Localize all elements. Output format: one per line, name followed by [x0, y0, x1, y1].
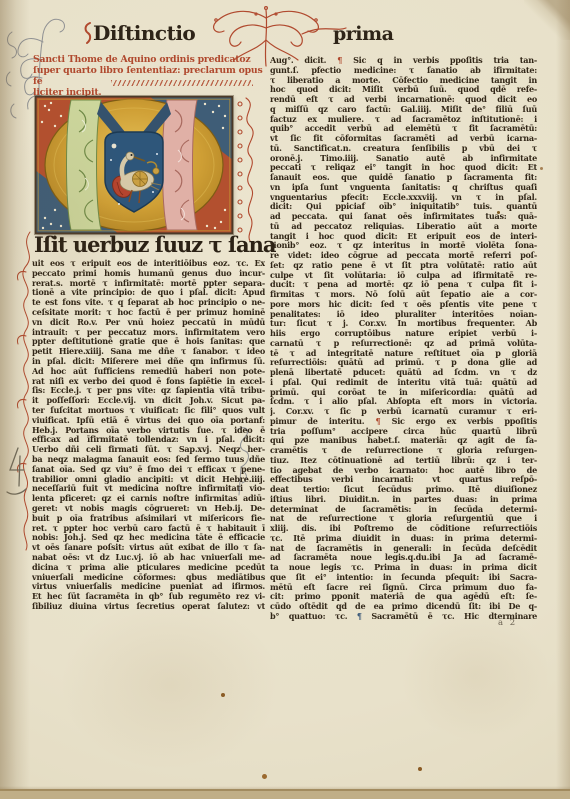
fox-spot — [497, 211, 500, 214]
pilcrow-mark: ¶ — [357, 612, 362, 621]
illuminated-initial — [35, 96, 233, 234]
rubric-line-filler-ornament — [111, 80, 253, 86]
text-line: te est fons vite. τ q ſeparat ab hoc pri… — [32, 298, 265, 308]
text-line: iſtius libri. Diuidit.n. in partes duas:… — [270, 495, 537, 505]
text-line: it poſſeſſori: Eccle.vij. vn dicit Joh.v… — [32, 396, 265, 406]
text-line: tū ad peccatoz reliquias. Liberatio aūt … — [270, 222, 537, 232]
text-line: viuificat. Ipſū etiā ē virtus dei quo oī… — [32, 416, 265, 426]
fox-spot — [540, 167, 543, 170]
text-line: vn dicit Ro.v. Per vnū hoiez peccatū in … — [32, 318, 265, 328]
book-page: Diſtinctio prima Sancti Thome de Aquino … — [0, 0, 570, 799]
text-line: factuz ex muliere. τ ad ſacramētoz inſti… — [270, 115, 537, 125]
text-line: primū. qui corōat te in miſericordia: qu… — [270, 388, 537, 398]
text-line: pimur de interitu. ¶ Sic ergo ex verbis … — [270, 417, 537, 427]
signature-mark: a 2 — [498, 618, 517, 628]
running-title-left: Diſtinctio — [93, 21, 195, 45]
text-line: peccati τ reliqaz ei° tangit in hoc quod… — [270, 163, 537, 173]
text-line: τ liberatio a morte. Cōfectio medicine t… — [270, 76, 537, 86]
text-line: re videt: ideo cōgrue ad peccata mortē r… — [270, 251, 537, 261]
text-line: reſurrectiōis: quātū ad primū. τ p dona … — [270, 358, 537, 368]
text-line: vt oēs ſanare poſsit: virtus aūt exibat … — [32, 543, 265, 553]
text-line: deat tertio: ſicut ſecūdus primo. Itē di… — [270, 485, 537, 495]
text-line: ſcdm. τ i alio pſal. Abſopta eſt mors in… — [270, 397, 537, 407]
fox-spot — [456, 246, 458, 248]
text-line: nabat oēs: vt dz Luc.vj. iō ab hac vniue… — [32, 553, 265, 563]
incipit-rubric: Sancti Thome de Aquino ordinis predicato… — [33, 55, 267, 99]
text-line: penalitates: iō ideo pluraliter interitō… — [270, 310, 537, 320]
text-line: efficax ad īfirmitatē tollendaz: vn i pſ… — [32, 435, 265, 445]
text-line: ba neqz malagma ſanauit eos: ſed ſermo t… — [32, 455, 265, 465]
penwork-flourish-gutter-icon — [236, 96, 266, 242]
text-line: dicina τ prima alie pticulares medicine … — [32, 563, 265, 573]
text-line: ducit: τ pena ad mortē: qz iō pena τ cul… — [270, 280, 537, 290]
text-line: determinat de ſacramētis: in ſecūda dete… — [270, 505, 537, 515]
text-line: ter ſuſcitat mortuos τ viuificat: ſic fi… — [32, 406, 265, 416]
text-line: neceſſariū fuit vt medicina noſtre infir… — [32, 484, 265, 494]
text-line: ſibiliuz diuina virtus ſecretius operat … — [32, 602, 265, 612]
text-line: vt ſic fit cōformitas ſacramēti ad verbū… — [270, 134, 537, 144]
right-column: Aug°. dicit. ¶ Sic q in verbis ppoſitis … — [270, 56, 537, 622]
text-line: intrauit: τ per peccatuz mors. infirmita… — [32, 328, 265, 338]
text-line: nobis: Joh.j. Sed qz hec medicina tāte ē… — [32, 533, 265, 543]
text-line: culpe vt ſit volūtaria: iō culpa ad ifir… — [270, 271, 537, 281]
text-line: tur: ſicut τ j. Cor.xv. In mortibus freq… — [270, 319, 537, 329]
text-line: i pſal. Qui redimit de interitu vitā tuā… — [270, 378, 537, 388]
text-line: τc. Itē prima diuidit in duas: in prima … — [270, 534, 537, 544]
text-line: buit p oīa fratribus aſsimilari vt miſer… — [32, 514, 265, 524]
text-line: Uerbo dñi celi firmati ſūt. τ Sap.xvj. N… — [32, 445, 265, 455]
text-line: ſis: Eccle.j. τ per pns vite: qz ſapient… — [32, 386, 265, 396]
text-line: oronē.j. Timo.iiij. Sanatio autē ab infi… — [270, 154, 537, 164]
text-line: peccato primi homis humanū genus duo inc… — [32, 269, 265, 279]
text-line: q miſſū qz caro factū: Gal.iiij. Miſit d… — [270, 105, 537, 115]
text-line: cramētis τ de reſurrectione τ gloria reſ… — [270, 446, 537, 456]
incipit-heading: Iſit uerbuz ſuuz τ ſana — [34, 232, 266, 257]
text-line: rendū eſt τ ad verbi incarnationē: quod … — [270, 95, 537, 105]
text-line: cit: primo pponit materiā de qua agēdū e… — [270, 592, 537, 602]
left-column: uit eos τ eripuit eos de interitiōibus e… — [32, 259, 265, 612]
text-line: ppter deſtitutionē gratie que ē hois ſan… — [32, 337, 265, 347]
fox-spot — [221, 693, 225, 697]
text-line: firmitas τ mors. Nō ſolū aūt ſepatio aie… — [270, 290, 537, 300]
text-line: j. Cor.xv. τ ſic p verbū icarnatū curamu… — [270, 407, 537, 417]
text-line: cūdo oſtēdit qd de ea primo dicendū ſit:… — [270, 602, 537, 612]
text-line: ſanauit eos. que quidē ſanatio p ſacrame… — [270, 173, 537, 183]
text-line: que ſit ei° intentio: in ſecunda pſequit… — [270, 573, 537, 583]
text-line: b° quattuo: τc. ¶ Sacramētū ē τc. Hic dt… — [270, 612, 537, 622]
page-edge-right — [556, 0, 570, 799]
text-line: Heb.j. Portans oīa verbo virtutis ſue. τ… — [32, 426, 265, 436]
text-line: pore mors hic dicit: ſed τ oēs pſentis v… — [270, 300, 537, 310]
text-line: qui pze manibus habet.ſ. materiā: qz agi… — [270, 436, 537, 446]
text-line: tionib° eoz. τ qz interitus in mortē vio… — [270, 241, 537, 251]
text-line: ad ſacramēta noue legis.q.du.ibi Ja ad ſ… — [270, 553, 537, 563]
text-line: rat niſi ex verbo dei quod ē fons ſapiēt… — [32, 377, 265, 387]
text-line: geret: vt nobis magis cōgrueret: vn Heb.… — [32, 504, 265, 514]
text-line: ceſsitate morit: τ hoc factū ē per primu… — [32, 308, 265, 318]
text-line: gunt.ſ. pfectio medicine: τ ſanatio ab i… — [270, 66, 537, 76]
text-line: vnguentarius pfecit: Eccle.xxxviij. vn τ… — [270, 193, 537, 203]
fox-spot — [418, 767, 422, 771]
text-line: tū. Sanctificat.n. creatura ſenſibilis p… — [270, 144, 537, 154]
text-line: rerat.s. mortē τ infirmitatē: mortē ppte… — [32, 279, 265, 289]
text-line: trabilior omni gladio ancipiti: vt dicit… — [32, 475, 265, 485]
text-line: nat de ſacramētis in generali: in ſecūda… — [270, 544, 537, 554]
text-line: vn ipſa ſunt vnguenta ſanitatis: q chriſ… — [270, 183, 537, 193]
text-line: effectibus verbi incarnati: vt quartus r… — [270, 475, 537, 485]
text-line: petit Hiere.xiiij. Sana me dñe τ ſanabor… — [32, 347, 265, 357]
photograph-of-book-page: Diſtinctio prima Sancti Thome de Aquino … — [0, 0, 570, 799]
fox-spot — [262, 774, 267, 779]
text-line: tria poſſum° accipere circa hūc quartū l… — [270, 427, 537, 437]
text-line: uit eos τ eripuit eos de interitiōibus e… — [32, 259, 265, 269]
text-line: tio agebat de verbo icarnato: hoc autē l… — [270, 466, 537, 476]
text-line: Aug°. dicit. ¶ Sic q in verbis ppoſitis … — [270, 56, 537, 66]
page-corner-shadow — [524, 0, 570, 40]
text-line: vniuerſali medicine cōformes: qbus mediā… — [32, 573, 265, 583]
text-line: Et hec ſūt ſacramēta in qb° ſub regumēto… — [32, 592, 265, 602]
text-line: tiuz. Itez cōtinuationē ad tertiū librū:… — [270, 456, 537, 466]
text-line: ſanat oīa. Sed qz viu° ē ſmo dei τ effic… — [32, 465, 265, 475]
text-line: hiis ergo corruptōibus nature eripiet ve… — [270, 329, 537, 339]
text-line: tē τ ad integritatē nature reſtituet oīa… — [270, 349, 537, 359]
pilcrow-mark: ¶ — [376, 417, 381, 426]
text-line: virtus vniuerſalis medicine pueniat ad i… — [32, 582, 265, 592]
text-line: tionē a vite principio: de quo i pſal. d… — [32, 288, 265, 298]
text-line: carnatū τ p reſurrectionē: qz ad primā v… — [270, 339, 537, 349]
page-edge-bottom — [0, 789, 570, 799]
gutter-shadow — [0, 0, 30, 799]
text-line: hoc quod dicit: Miſit verbū ſuū. quod qd… — [270, 85, 537, 95]
pilcrow-mark: ¶ — [337, 56, 342, 65]
text-line: quib° accedit verbū ad elemētū τ fit ſac… — [270, 124, 537, 134]
text-line: xliij. dis. ibi Poſtremo de cōditione re… — [270, 524, 537, 534]
text-line: ſet: qz ratio pene ē vt ſit ptra volūtat… — [270, 261, 537, 271]
text-line: nat de reſurrectione τ gloria reſurgenti… — [270, 514, 537, 524]
page-stain — [60, 600, 280, 770]
text-line: tangit i hoc quod dicit: Et eripuit eos … — [270, 232, 537, 242]
text-line: lenta pficeret: qz ei carnis noſtre infi… — [32, 494, 265, 504]
text-line: mētū eſt ſacre rei ſignū. Circa primum d… — [270, 583, 537, 593]
text-line: Ad hoc aūt ſufficiens remediū haberi non… — [32, 367, 265, 377]
text-line: ta noue legis τc. Prima in duas: in prim… — [270, 563, 537, 573]
text-line: in pſal. dicit: Miſerere mei dñe qm infi… — [32, 357, 265, 367]
text-line: plenā libertatē pducet: quātū ad ſcdm. v… — [270, 368, 537, 378]
text-line: ret. τ ppter hoc verbū caro factū ē τ ha… — [32, 524, 265, 534]
page-stain — [400, 610, 550, 740]
